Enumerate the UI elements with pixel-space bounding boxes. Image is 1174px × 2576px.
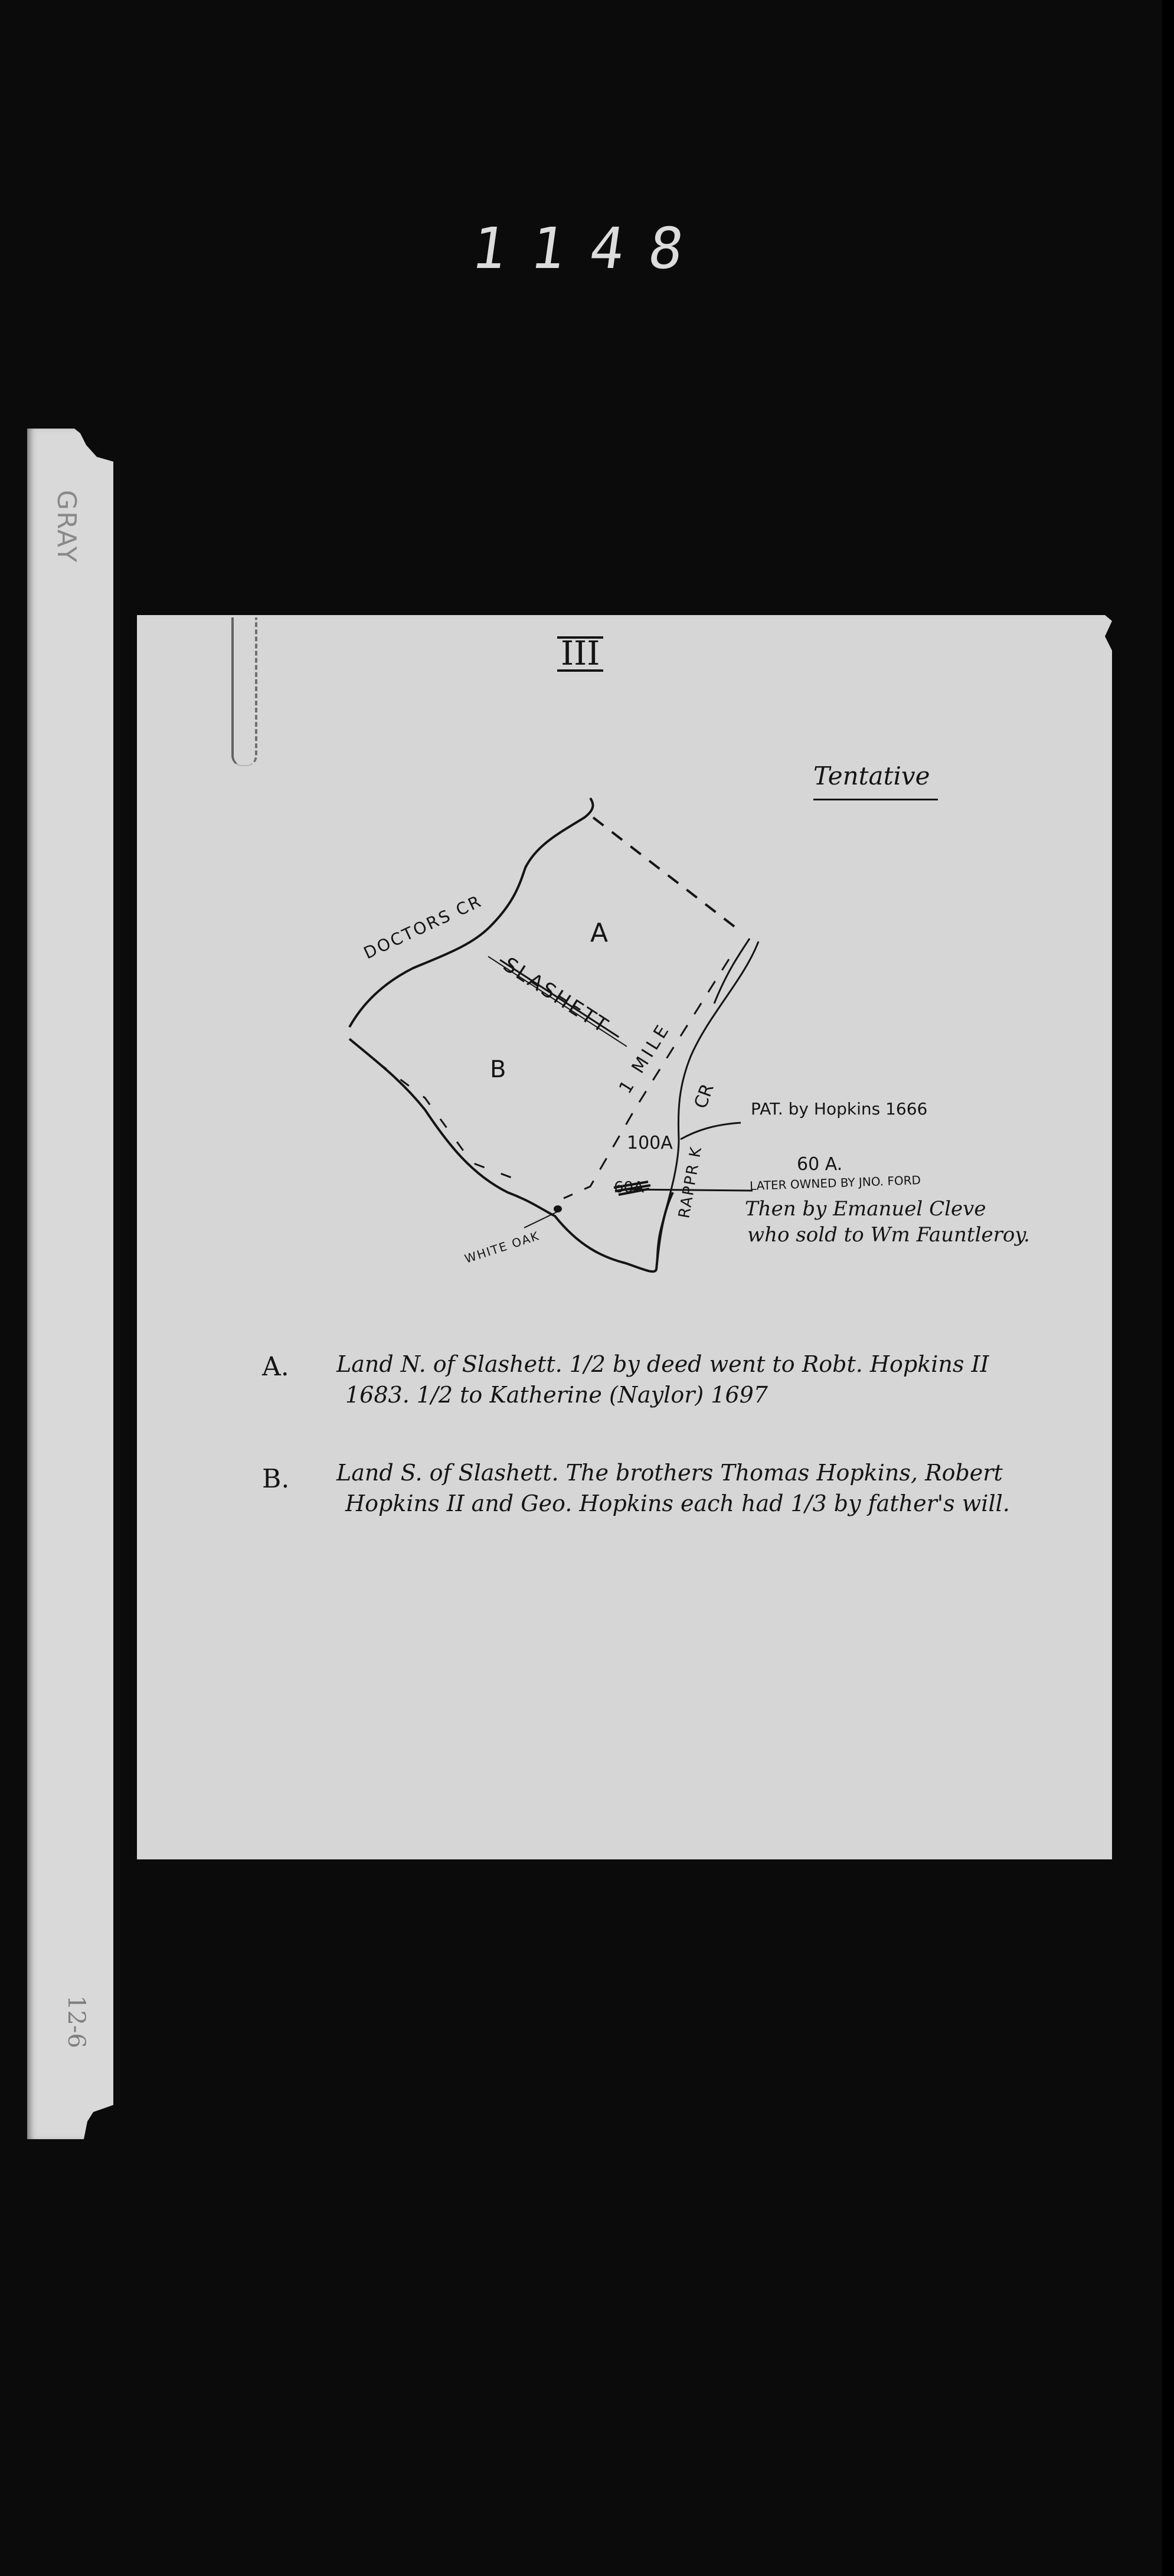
plat-map: SLASHETT A B DOCTORS CR 1 MILE CR RAPPR … xyxy=(0,0,1174,2576)
then-by-annotation: Then by Emanuel Cleve xyxy=(745,1197,986,1221)
rappahannock-creek-label: RAPPR K xyxy=(675,1145,705,1220)
note-a-line-2: 1683. 1/2 to Katherine (Naylor) 1697 xyxy=(345,1379,768,1411)
tract-a-label: A xyxy=(590,918,608,948)
parcel-60a-struck-label: 60A xyxy=(614,1179,650,1197)
white-oak-label: WHITE OAK xyxy=(463,1228,541,1266)
film-edge-band xyxy=(1162,0,1174,2576)
northeast-boundary-dashed xyxy=(593,818,741,931)
note-b-line-1: Land S. of Slashett. The brothers Thomas… xyxy=(336,1457,1003,1489)
patent-leader-line xyxy=(681,1123,741,1139)
parcel-100a-label: 100A xyxy=(627,1133,673,1153)
east-creek-label: CR xyxy=(691,1081,718,1111)
doctors-creek-label: DOCTORS CR xyxy=(361,891,485,963)
note-b-letter: B. xyxy=(262,1464,289,1494)
one-mile-label: 1 MILE xyxy=(615,1019,675,1097)
dividing-line-1-mile xyxy=(564,959,729,1198)
patent-annotation: PAT. by Hopkins 1666 xyxy=(751,1099,927,1119)
note-a-letter: A. xyxy=(262,1352,289,1382)
tract-b-label: B xyxy=(490,1056,506,1083)
white-oak-leader-line xyxy=(524,1211,558,1228)
note-b-line-2: Hopkins II and Geo. Hopkins each had 1/3… xyxy=(345,1488,1010,1519)
white-oak-marker xyxy=(554,1205,562,1212)
note-a-line-1: Land N. of Slashett. 1/2 by deed went to… xyxy=(336,1348,989,1380)
acreage-annotation: 60 A. xyxy=(797,1154,842,1175)
sold-to-annotation: who sold to Wm Fauntleroy. xyxy=(747,1223,1030,1247)
slashett-struck-text: SLASHETT xyxy=(484,943,636,1053)
